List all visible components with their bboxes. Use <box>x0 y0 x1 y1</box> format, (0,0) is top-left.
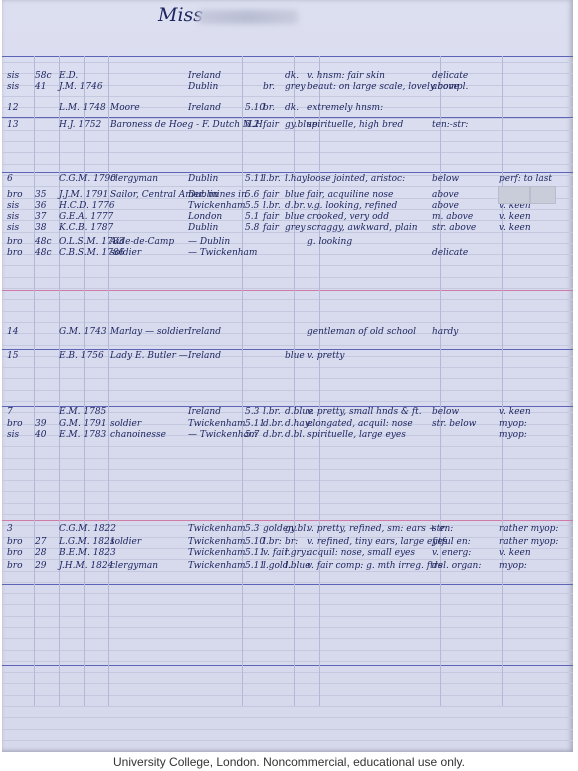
column-line <box>108 56 109 706</box>
ruled-line <box>2 503 573 504</box>
ruled-line <box>2 345 573 346</box>
ruled-line <box>2 593 573 594</box>
cell-rel: 12 <box>7 103 18 113</box>
cell-name: C.G.M. 1790 <box>59 174 116 184</box>
cell-description: spirituelle, high bred <box>307 120 403 130</box>
ruled-line <box>2 130 573 131</box>
cell-strength: str. above <box>432 223 476 233</box>
cell-birthplace: Twickenham <box>188 419 246 429</box>
section-divider <box>2 665 573 666</box>
cell-strength: m. above <box>432 212 473 222</box>
ruled-line <box>2 390 573 391</box>
cell-hair: fair <box>263 223 279 233</box>
ruled-line <box>2 446 573 447</box>
column-line <box>319 56 320 706</box>
cell-rel: 3 <box>7 524 13 534</box>
cell-occupation: clergyman <box>110 561 158 571</box>
ruled-line <box>2 604 573 605</box>
ruled-line <box>2 469 573 470</box>
cell-height: 5.3 <box>245 524 259 534</box>
ruled-line <box>2 672 573 673</box>
cell-eyes: blue <box>285 351 305 361</box>
cell-birthplace: Ireland <box>188 407 221 417</box>
cell-strength: below <box>432 407 459 417</box>
column-line <box>440 56 441 706</box>
ruled-line <box>2 480 573 481</box>
cell-height: 5.2 <box>245 120 259 130</box>
cell-hair: br. <box>263 103 275 113</box>
ruled-line <box>2 616 573 617</box>
ruled-line <box>2 186 573 187</box>
cell-num: 38 <box>35 223 46 233</box>
cell-name: H.J. 1752 <box>59 120 101 130</box>
cell-name: E.M. 1785 <box>59 407 106 417</box>
ruled-line <box>2 277 573 278</box>
section-divider <box>2 172 573 173</box>
cell-rel: 14 <box>7 327 18 337</box>
cell-occupation: Aide-de-Camp <box>110 237 174 247</box>
ruled-line <box>2 378 573 379</box>
ruled-line <box>2 322 573 323</box>
ruled-line <box>2 491 573 492</box>
cell-num: 27 <box>35 537 46 547</box>
cell-rel: 7 <box>7 407 13 417</box>
ruled-line <box>2 683 573 684</box>
cell-sense: v. keen <box>499 223 531 233</box>
ruled-line <box>2 706 573 707</box>
cell-name: J.H.M. 1824 <box>59 561 113 571</box>
cell-birthplace: Twickenham <box>188 524 246 534</box>
cell-description: fair, acquiline nose <box>307 190 393 200</box>
cell-num: 29 <box>35 561 46 571</box>
cell-sense: v. keen <box>499 407 531 417</box>
cell-occupation: Baroness de Hoeg - F. Dutch M.H. <box>110 120 266 130</box>
cell-name: E.B. 1756 <box>59 351 104 361</box>
cell-hair: fair <box>263 190 279 200</box>
cell-strength: above <box>432 190 459 200</box>
cell-height: 5.8 <box>245 223 259 233</box>
cell-name: G.M. 1791 <box>59 419 107 429</box>
cell-eyes: blue <box>285 190 305 200</box>
cell-occupation: Sailor, Central Amer. mines in <box>110 190 247 200</box>
cell-strength: below <box>432 174 459 184</box>
column-line <box>502 56 503 706</box>
cell-height: 5.6 <box>245 190 259 200</box>
cell-eyes: dk. <box>285 71 299 81</box>
ruled-line <box>2 62 573 63</box>
cell-height: 5.3 <box>245 407 259 417</box>
cell-rel: sis <box>7 82 19 92</box>
ruled-line <box>2 299 573 300</box>
cell-rel: 13 <box>7 120 18 130</box>
cell-birthplace: — Dublin <box>188 237 230 247</box>
cell-occupation: chanoinesse <box>110 430 166 440</box>
red-divider <box>2 290 573 291</box>
cell-hair: l.br. <box>263 174 281 184</box>
cell-strength: v. energ: <box>432 548 471 558</box>
cell-description: extremely hnsm: <box>307 103 383 113</box>
cell-eyes: d.bl. <box>285 430 305 440</box>
cell-num: 37 <box>35 212 46 222</box>
paper-patch <box>530 186 556 204</box>
cell-description: spirituelle, large eyes <box>307 430 406 440</box>
cell-rel: bro <box>7 561 22 571</box>
cell-eyes: br: <box>285 537 298 547</box>
cell-birthplace: Ireland <box>188 327 221 337</box>
cell-sense: v. keen <box>499 212 531 222</box>
cell-rel: sis <box>7 223 19 233</box>
cell-rel: sis <box>7 201 19 211</box>
cell-name: B.E.M. 1823 <box>59 548 116 558</box>
cell-name: H.C.D. 1776 <box>59 201 115 211</box>
ruled-line <box>2 661 573 662</box>
cell-occupation: Lady E. Butler — <box>110 351 188 361</box>
cell-sense: myop: <box>499 419 527 429</box>
cell-description: v. fair comp: g. mth irreg. ftrs <box>307 561 443 571</box>
cell-description: gentleman of old school <box>307 327 416 337</box>
cell-strength: ten:-str: <box>432 120 468 130</box>
cell-rel: 15 <box>7 351 18 361</box>
cell-rel: bro <box>7 237 22 247</box>
cell-num: 48c <box>35 248 52 258</box>
section-divider <box>2 584 573 585</box>
cell-strength: str. below <box>432 419 476 429</box>
ruled-line <box>2 141 573 142</box>
cell-description: elongated, acquil: nose <box>307 419 413 429</box>
ruled-line <box>2 458 573 459</box>
cell-height: 5.1 <box>245 212 259 222</box>
cell-birthplace: Dublin <box>188 223 218 233</box>
section-divider <box>2 56 573 57</box>
cell-occupation: Moore <box>110 103 140 113</box>
section-divider <box>2 349 573 350</box>
cell-strength: str: <box>432 524 448 534</box>
cell-rel: bro <box>7 190 22 200</box>
cell-hair: fair <box>263 120 279 130</box>
ruled-line <box>2 164 573 165</box>
ruled-line <box>2 401 573 402</box>
cell-rel: bro <box>7 248 22 258</box>
cell-rel: 6 <box>7 174 13 184</box>
cell-description: v. refined, tiny ears, large eyes <box>307 537 447 547</box>
section-divider <box>2 117 573 118</box>
cell-height: 5.7 <box>245 430 259 440</box>
cell-num: 39 <box>35 419 46 429</box>
ruled-line <box>2 695 573 696</box>
cell-birthplace: Dublin <box>188 82 218 92</box>
cell-description: loose jointed, aristoc: <box>307 174 405 184</box>
ruled-line <box>2 740 573 741</box>
cell-birthplace: London <box>188 212 222 222</box>
cell-description: scraggy, awkward, plain <box>307 223 418 233</box>
paper-patch <box>498 186 530 204</box>
copyright-caption: University College, London. Noncommercia… <box>0 755 578 769</box>
column-line <box>34 56 35 706</box>
cell-hair: l.br: <box>263 537 282 547</box>
ruled-line <box>2 288 573 289</box>
ledger-page: Miss sis58cE.D.Irelanddk.v. hnsm: fair s… <box>2 0 573 752</box>
cell-num: 40 <box>35 430 46 440</box>
cell-sense: myop: <box>499 561 527 571</box>
cell-sense: rather myop: <box>499 537 558 547</box>
cell-description: g. looking <box>307 237 352 247</box>
column-line <box>242 56 243 706</box>
cell-occupation: soldier <box>110 537 141 547</box>
cell-rel: sis <box>7 430 19 440</box>
cell-num: 36 <box>35 201 46 211</box>
cell-name: C.G.M. 1822 <box>59 524 116 534</box>
cell-sense: rather myop: <box>499 524 558 534</box>
ruled-line <box>2 729 573 730</box>
ruled-line <box>2 559 573 560</box>
cell-description: v.g. looking, refined <box>307 201 397 211</box>
page-title: Miss <box>158 4 203 26</box>
cell-num: 48c <box>35 237 52 247</box>
cell-strength: above <box>432 201 459 211</box>
cell-num: 28 <box>35 548 46 558</box>
cell-occupation: soldier <box>110 248 141 258</box>
cell-description: crooked, very odd <box>307 212 389 222</box>
cell-occupation: Marlay — soldier <box>110 327 188 337</box>
cell-description: v. pretty, small hnds & ft. <box>307 407 422 417</box>
ruled-line <box>2 717 573 718</box>
ruled-line <box>2 152 573 153</box>
ruled-line <box>2 582 573 583</box>
ruled-line <box>2 96 573 97</box>
cell-hair: l.br. <box>263 201 281 211</box>
cell-hair: d.br. <box>263 419 284 429</box>
column-line <box>59 56 60 706</box>
cell-birthplace: Twickenham <box>188 561 246 571</box>
cell-sense: perf: to last <box>499 174 552 184</box>
cell-sense: myop: <box>499 430 527 440</box>
ruled-line <box>2 118 573 119</box>
cell-birthplace: Twickenham <box>188 537 246 547</box>
cell-sense: v. keen <box>499 548 531 558</box>
cell-eyes: l.gry: <box>285 548 309 558</box>
cell-rel: bro <box>7 419 22 429</box>
cell-birthplace: — Twickenham <box>188 248 257 258</box>
ruled-line <box>2 265 573 266</box>
column-line <box>84 56 85 706</box>
ruled-line <box>2 627 573 628</box>
cell-rel: sis <box>7 212 19 222</box>
ruled-line <box>2 311 573 312</box>
cell-eyes: grey <box>285 223 305 233</box>
cell-height: 5.5 <box>245 201 259 211</box>
ruled-line <box>2 514 573 515</box>
ruled-line <box>2 638 573 639</box>
cell-rel: sis <box>7 71 19 81</box>
cell-hair: fair <box>263 212 279 222</box>
cell-description: acquil: nose, small eyes <box>307 548 415 558</box>
cell-num: 35 <box>35 190 46 200</box>
cell-eyes: gy.bl. <box>285 524 309 534</box>
cell-strength: delicate <box>432 248 468 258</box>
cell-birthplace: Ireland <box>188 351 221 361</box>
cell-rel: bro <box>7 548 22 558</box>
cell-hair: d.br. <box>263 430 284 440</box>
cell-strength: hardy <box>432 327 458 337</box>
ruled-line <box>2 571 573 572</box>
column-line <box>294 56 295 706</box>
cell-strength: fitful en: <box>432 537 471 547</box>
cell-eyes: dk. <box>285 103 299 113</box>
cell-name: J.J.M. 1791 <box>59 190 108 200</box>
cell-description: v. hnsm: fair skin <box>307 71 385 81</box>
cell-name: E.M. 1783 <box>59 430 106 440</box>
cell-num: 58c <box>35 71 52 81</box>
cell-birthplace: Dublin <box>188 174 218 184</box>
cell-eyes: grey <box>285 82 305 92</box>
cell-occupation: clergyman <box>110 174 158 184</box>
cell-strength: del. organ: <box>432 561 481 571</box>
ruled-line <box>2 650 573 651</box>
cell-name: K.C.B. 1787 <box>59 223 113 233</box>
cell-birthplace: Twickenham <box>188 548 246 558</box>
cell-birthplace: Dublin <box>188 190 218 200</box>
cell-name: G.M. 1743 <box>59 327 107 337</box>
ruled-line <box>2 367 573 368</box>
cell-description: v. pretty <box>307 351 344 361</box>
cell-hair: br. <box>263 82 275 92</box>
cell-name: L.M. 1748 <box>59 103 106 113</box>
cell-hair: l.br. <box>263 407 281 417</box>
red-divider <box>2 520 573 521</box>
cell-strength: delicate <box>432 71 468 81</box>
redacted-surname <box>198 10 298 24</box>
cell-strength: above <box>432 82 459 92</box>
cell-birthplace: Ireland <box>188 103 221 113</box>
cell-eyes: d.br. <box>285 201 306 211</box>
cell-rel: bro <box>7 537 22 547</box>
cell-eyes: blue <box>285 212 305 222</box>
cell-name: G.E.A. 1777 <box>59 212 113 222</box>
cell-name: L.G.M. 1821 <box>59 537 115 547</box>
cell-name: E.D. <box>59 71 78 81</box>
cell-birthplace: Ireland <box>188 71 221 81</box>
cell-num: 41 <box>35 82 46 92</box>
cell-name: J.M. 1746 <box>59 82 103 92</box>
cell-occupation: soldier <box>110 419 141 429</box>
cell-birthplace: Twickenham <box>188 201 246 211</box>
